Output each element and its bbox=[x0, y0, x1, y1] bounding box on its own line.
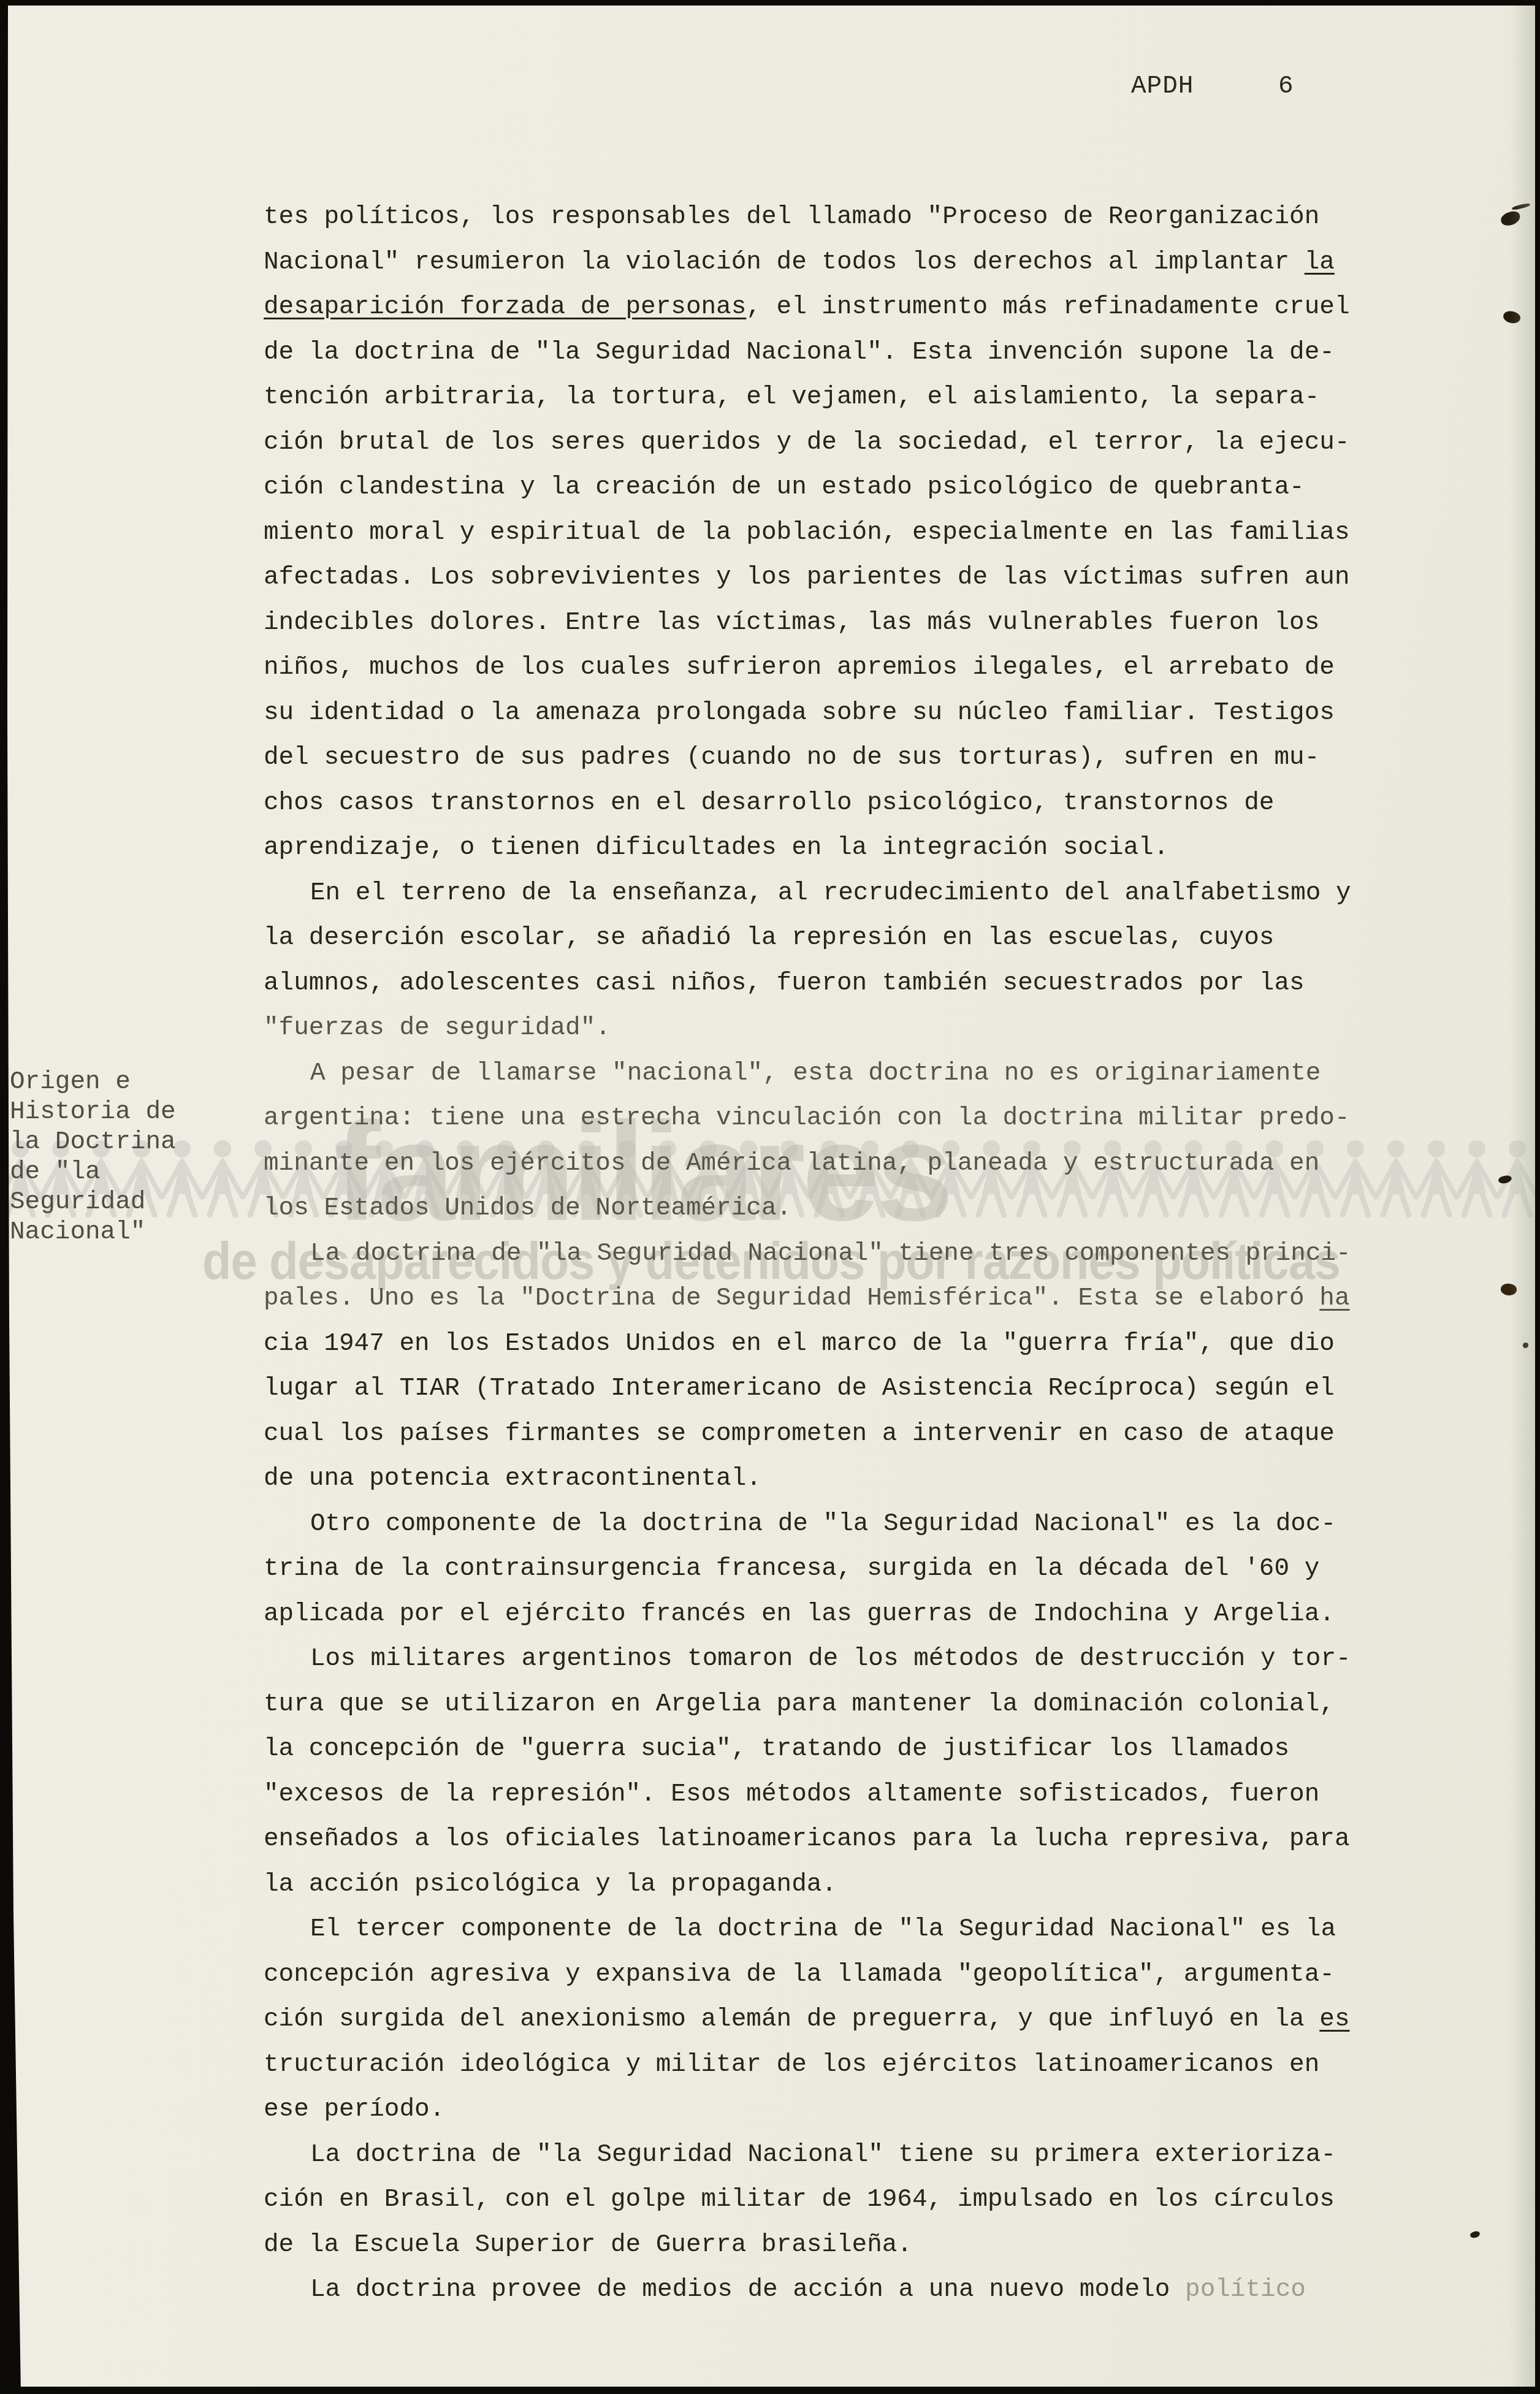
body-line: enseñados a los oficiales latinoamerican… bbox=[264, 1817, 1404, 1862]
body-line: los Estados Unidos de Norteamérica. bbox=[264, 1186, 1404, 1232]
body-line: Los militares argentinos tomaron de los … bbox=[264, 1637, 1404, 1682]
body-line: de una potencia extracontinental. bbox=[264, 1457, 1404, 1502]
margin-note-line: la Doctrina bbox=[10, 1127, 255, 1157]
page-number: 6 bbox=[1278, 72, 1294, 101]
body-line: niños, muchos de los cuales sufrieron ap… bbox=[264, 646, 1404, 691]
scan-edge-bottom bbox=[0, 2387, 1540, 2394]
margin-note-line: Nacional" bbox=[10, 1218, 255, 1248]
body-text: tes políticos, los responsables del llam… bbox=[264, 195, 1404, 2313]
body-line: miento moral y espiritual de la població… bbox=[264, 511, 1404, 556]
body-line: El tercer componente de la doctrina de "… bbox=[264, 1907, 1404, 1953]
body-line: ción surgida del anexionismo alemán de p… bbox=[264, 1997, 1404, 2043]
body-line: ción en Brasil, con el golpe militar de … bbox=[264, 2178, 1404, 2223]
body-line: La doctrina provee de medios de acción a… bbox=[264, 2268, 1404, 2313]
body-line: minante en los ejércitos de América lati… bbox=[264, 1142, 1404, 1187]
scan-shadow-right bbox=[1509, 0, 1535, 2394]
body-line: indecibles dolores. Entre las víctimas, … bbox=[264, 601, 1404, 646]
body-line: de la Escuela Superior de Guerra brasile… bbox=[264, 2223, 1404, 2268]
body-line: concepción agresiva y expansiva de la ll… bbox=[264, 1953, 1404, 1998]
body-line: aplicada por el ejército francés en las … bbox=[264, 1592, 1404, 1637]
body-line: su identidad o la amenaza prolongada sob… bbox=[264, 691, 1404, 736]
body-line: desaparición forzada de personas, el ins… bbox=[264, 285, 1404, 330]
margin-note: Origen eHistoria dela Doctrinade "laSegu… bbox=[10, 1067, 255, 1248]
body-line: argentina: tiene una estrecha vinculació… bbox=[264, 1096, 1404, 1142]
header-organization: APDH bbox=[1131, 72, 1194, 101]
body-line: La doctrina de "la Seguridad Nacional" t… bbox=[264, 2133, 1404, 2178]
body-line: tructuración ideológica y militar de los… bbox=[264, 2043, 1404, 2088]
body-line: Nacional" resumieron la violación de tod… bbox=[264, 240, 1404, 286]
body-line: ción clandestina y la creación de un est… bbox=[264, 465, 1404, 511]
body-line: tención arbitraria, la tortura, el vejam… bbox=[264, 375, 1404, 421]
margin-note-line: Origen e bbox=[10, 1067, 255, 1097]
margin-note-line: Seguridad bbox=[10, 1187, 255, 1218]
margin-note-line: de "la bbox=[10, 1157, 255, 1187]
body-line: la acción psicológica y la propaganda. bbox=[264, 1862, 1404, 1908]
body-line: aprendizaje, o tienen dificultades en la… bbox=[264, 826, 1404, 871]
margin-note-line: Historia de bbox=[10, 1097, 255, 1127]
body-line: A pesar de llamarse "nacional", esta doc… bbox=[264, 1051, 1404, 1097]
scan-edge-top bbox=[0, 0, 1540, 6]
body-line: la concepción de "guerra sucia", tratand… bbox=[264, 1727, 1404, 1772]
body-line: cia 1947 en los Estados Unidos en el mar… bbox=[264, 1322, 1404, 1367]
body-line: del secuestro de sus padres (cuando no d… bbox=[264, 736, 1404, 781]
body-line: pales. Uno es la "Doctrina de Seguridad … bbox=[264, 1276, 1404, 1322]
body-line: "excesos de la represión". Esos métodos … bbox=[264, 1772, 1404, 1818]
body-line: chos casos transtornos en el desarrollo … bbox=[264, 781, 1404, 826]
body-line: La doctrina de "la Seguridad Nacional" t… bbox=[264, 1232, 1404, 1277]
body-line: lugar al TIAR (Tratado Interamericano de… bbox=[264, 1367, 1404, 1412]
body-line: tes políticos, los responsables del llam… bbox=[264, 195, 1404, 240]
body-line: de la doctrina de "la Seguridad Nacional… bbox=[264, 330, 1404, 376]
ink-blot bbox=[1469, 2230, 1481, 2238]
body-line: trina de la contrainsurgencia francesa, … bbox=[264, 1547, 1404, 1592]
body-line: Otro componente de la doctrina de "la Se… bbox=[264, 1502, 1404, 1547]
body-line: cual los países firmantes se comprometen… bbox=[264, 1412, 1404, 1457]
body-line: ese período. bbox=[264, 2087, 1404, 2133]
body-line: En el terreno de la enseñanza, al recrud… bbox=[264, 871, 1404, 917]
scan-edge-right bbox=[1535, 0, 1540, 2394]
scanned-document-page: familiares de desaparecidos y detenidos … bbox=[0, 0, 1540, 2394]
body-line: ción brutal de los seres queridos y de l… bbox=[264, 421, 1404, 466]
body-line: alumnos, adolescentes casi niños, fueron… bbox=[264, 961, 1404, 1007]
body-line: tura que se utilizaron en Argelia para m… bbox=[264, 1682, 1404, 1728]
body-line: "fuerzas de seguridad". bbox=[264, 1006, 1404, 1051]
body-line: la deserción escolar, se añadió la repre… bbox=[264, 916, 1404, 961]
body-line: afectadas. Los sobrevivientes y los pari… bbox=[264, 555, 1404, 601]
